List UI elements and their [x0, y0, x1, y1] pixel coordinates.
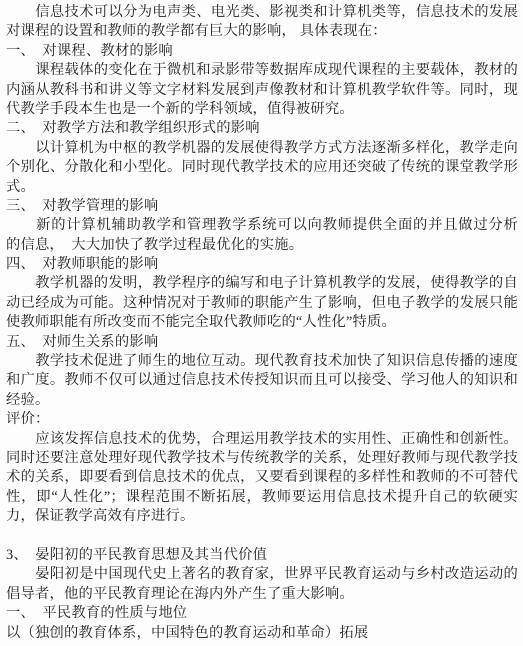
text-line: 术的关系，即要看到信息技术的优点，又要看到课程的多样性和教师的不可替代 [6, 468, 518, 487]
text-line: 教学技术促进了师生的地位互动。现代教育技术加快了知识信息传播的速度 [6, 352, 518, 371]
text-line: 新的计算机辅助教学和管理教学系统可以向教师提供全面的并且做过分析 [6, 216, 518, 235]
text-line: 对课程的设置和教师的教学都有巨大的影响， 具体表现在： [6, 22, 518, 41]
text-line: 3、 晏阳初的平民教育思想及其当代价值 [6, 546, 518, 565]
text-line: 经验。 [6, 391, 518, 410]
text-line: 个别化、分散化和小型化。同时现代教学技术的应用还突破了传统的课堂教学形 [6, 158, 518, 177]
text-line: 力，保证教学高效有序进行。 [6, 507, 518, 526]
text-line: 一、 对课程、教材的影响 [6, 42, 518, 61]
document-text-page: 信息技术可以分为电声类、电光类、影视类和计算机类等，信息技术的发展对课程的设置和… [0, 0, 523, 646]
text-line: 动已经成为可能。这种情况对于教师的职能产生了影响，但电子教学的发展只能 [6, 294, 518, 313]
text-line: 应该发挥信息技术的优势，合理运用教学技术的实用性、正确性和创新性。 [6, 430, 518, 449]
text-line: 一、 平民教育的性质与地位 [6, 604, 518, 623]
text-line: 三、 对教学管理的影响 [6, 197, 518, 216]
text-line: 式。 [6, 178, 518, 197]
text-line: 内涵从教科书和讲义等文字材料发展到声像教材和计算机教学软件等。同时，现 [6, 81, 518, 100]
text-line: 使教师职能有所改变而不能完全取代教师吃的“人性化”特质。 [6, 313, 518, 332]
page: { "colors": { "background": "#fdfdfd", "… [0, 0, 523, 646]
blank-line [6, 527, 518, 546]
text-line: 评价： [6, 410, 518, 429]
text-line: 性，即“人性化”；课程范围不断拓展，教师要运用信息技术提升自己的软硬实 [6, 488, 518, 507]
text-line: 课程载体的变化在于微机和录影带等数据库成现代课程的主要载体，教材的 [6, 61, 518, 80]
text-line: 同时还要注意处理好现代教学技术与传统教学的关系，处理好教师与现代教学技 [6, 449, 518, 468]
text-line: 的信息， 大大加快了教学过程最优化的实施。 [6, 236, 518, 255]
text-line: 五、 对师生关系的影响 [6, 333, 518, 352]
text-line: 二、 对教学方法和教学组织形式的影响 [6, 119, 518, 138]
text-line: 和广度。教师不仅可以通过信息技术传授知识而且可以接受、学习他人的知识和 [6, 371, 518, 390]
text-line: 四、 对教师职能的影响 [6, 255, 518, 274]
text-line: 教学机器的发明，教学程序的编写和电子计算机教学的发展，使得教学的自 [6, 274, 518, 293]
text-line: 代教学手段本生也是一个新的学科领域，值得被研究。 [6, 100, 518, 119]
text-line: 以计算机为中枢的教学机器的发展使得教学方式方法逐渐多样化，教学走向 [6, 139, 518, 158]
text-line: 以（独创的教育体系，中国特色的教育运动和革命）拓展 [6, 624, 518, 643]
text-line: 倡导者，他的平民教育理论在海内外产生了重大影响。 [6, 585, 518, 604]
text-line: 晏阳初是中国现代史上著名的教育家，世界平民教育运动与乡村改造运动的 [6, 565, 518, 584]
text-line: 信息技术可以分为电声类、电光类、影视类和计算机类等，信息技术的发展 [6, 3, 518, 22]
